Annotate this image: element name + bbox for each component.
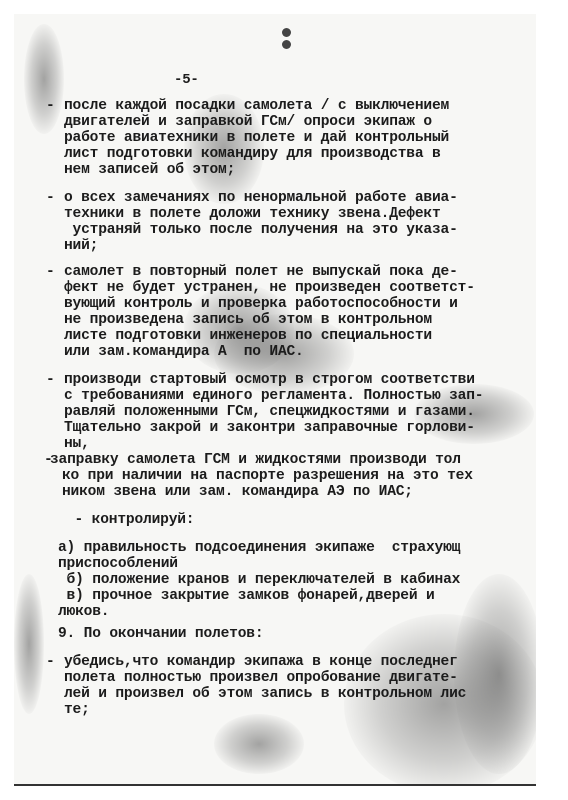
text-line: а) правильность подсоединения экипаже ст… bbox=[58, 540, 528, 556]
bullet-dash: - bbox=[46, 98, 55, 114]
paragraph: а) правильность подсоединения экипаже ст… bbox=[58, 540, 528, 620]
bullet-dash: - bbox=[46, 372, 55, 388]
text-line: ний; bbox=[64, 238, 534, 254]
text-line: те; bbox=[64, 702, 534, 718]
paragraph: - убедись,что командир экипажа в конце п… bbox=[64, 654, 534, 718]
text-line: после каждой посадки самолета / с выключ… bbox=[64, 98, 534, 114]
paragraph: - контролируй: bbox=[66, 512, 536, 528]
page-number: -5- bbox=[174, 72, 199, 88]
text-line: фект не будет устранен, не произведен со… bbox=[64, 280, 534, 296]
text-line: техники в полете доложи технику звена.Де… bbox=[64, 206, 534, 222]
text-line: Тщательно закрой и законтри заправочные … bbox=[64, 420, 534, 436]
text-line: о всех замечаниях по ненормальной работе… bbox=[64, 190, 534, 206]
text-line: равляй положенными ГСм, спецжидкостями и… bbox=[64, 404, 534, 420]
bullet-dash: - bbox=[46, 264, 55, 280]
paragraph: - заправку самолета ГСМ и жидкостями про… bbox=[50, 452, 534, 500]
text-line: люков. bbox=[58, 604, 528, 620]
text-line: - контролируй: bbox=[66, 512, 536, 528]
paragraph: - после каждой посадки самолета / с выкл… bbox=[64, 98, 534, 178]
text-line: в) прочное закрытие замков фонарей,двере… bbox=[58, 588, 528, 604]
paragraph: - производи стартовый осмотр в строгом с… bbox=[64, 372, 534, 452]
document-body: -5- - после каждой посадки самолета / с … bbox=[14, 14, 536, 784]
text-line: двигателей и заправкой ГСм/ опроси экипа… bbox=[64, 114, 534, 130]
text-line: убедись,что командир экипажа в конце пос… bbox=[64, 654, 534, 670]
bullet-dash: - bbox=[46, 654, 55, 670]
text-line: или зам.командира А по ИАС. bbox=[64, 344, 534, 360]
paragraph: - самолет в повторный полет не выпускай … bbox=[64, 264, 534, 360]
text-line: самолет в повторный полет не выпускай по… bbox=[64, 264, 534, 280]
text-line: не произведена запись об этом в контроль… bbox=[64, 312, 534, 328]
text-line: производи стартовый осмотр в строгом соо… bbox=[64, 372, 534, 388]
text-line: полета полностью произвел опробование дв… bbox=[64, 670, 534, 686]
text-line: вующий контроль и проверка работоспособн… bbox=[64, 296, 534, 312]
text-line: листе подготовки инженеров по специально… bbox=[64, 328, 534, 344]
text-line: лей и произвел об этом запись в контроль… bbox=[64, 686, 534, 702]
text-line: заправку самолета ГСМ и жидкостями произ… bbox=[50, 452, 534, 468]
text-line: нем записей об этом; bbox=[64, 162, 534, 178]
bullet-dash: - bbox=[44, 452, 53, 468]
paragraph: - о всех замечаниях по ненормальной рабо… bbox=[64, 190, 534, 254]
text-line: ником звена или зам. командира АЭ по ИАС… bbox=[50, 484, 534, 500]
scanned-page: -5- - после каждой посадки самолета / с … bbox=[14, 14, 536, 786]
text-line: приспособлений bbox=[58, 556, 528, 572]
text-line: ны, bbox=[64, 436, 534, 452]
text-line: лист подготовки командиру для производст… bbox=[64, 146, 534, 162]
text-line: ко при наличии на паспорте разрешения на… bbox=[50, 468, 534, 484]
text-line: б) положение кранов и переключателей в к… bbox=[58, 572, 528, 588]
text-line: работе авиатехники в полете и дай контро… bbox=[64, 130, 534, 146]
text-line: с требованиями единого регламента. Полно… bbox=[64, 388, 534, 404]
section-heading: 9. По окончании полетов: bbox=[58, 626, 528, 642]
bullet-dash: - bbox=[46, 190, 55, 206]
text-line: 9. По окончании полетов: bbox=[58, 626, 528, 642]
text-line: устраняй только после получения на это у… bbox=[64, 222, 534, 238]
